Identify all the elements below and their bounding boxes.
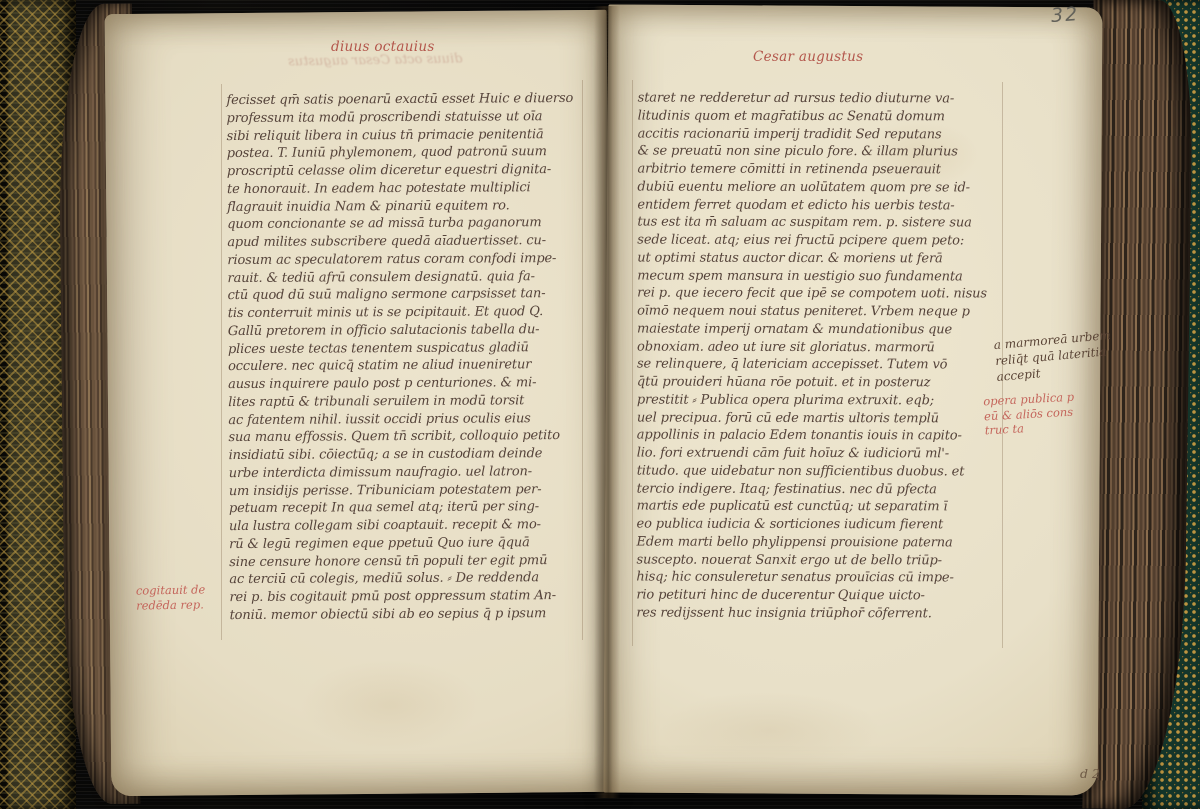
text-line: rei p. que iecero fecit que ipē se compo… (637, 285, 1003, 304)
left-page-rubric: diuus octauius (331, 39, 435, 55)
text-line: occulere. nec quicq̄ statim ne aliud inu… (228, 356, 582, 376)
text-line: rauit. & tediū afrū consulem designatū. … (227, 267, 581, 287)
quire-signature: d 2 (1080, 766, 1100, 781)
right-page-text-block: staret ne redderetur ad rursus tedio diu… (636, 90, 1003, 623)
text-line: ula lustra collegam sibi coaptauit. rece… (229, 516, 583, 536)
text-line: entidem ferret quodam et edicto his uerb… (637, 196, 1003, 215)
folio-number: 32 (1050, 3, 1080, 27)
text-line: urbe interdicta dimissum naufragio. uel … (229, 463, 583, 483)
text-line: riosum ac speculatorem ratus coram confo… (227, 250, 581, 270)
text-line: eo publica iudicia & sorticiones iudicum… (637, 516, 1003, 535)
text-line: prestitit ⸗ Publica opera plurima extrux… (637, 391, 1003, 410)
text-line: quom concionante se ad missā turba pagan… (227, 214, 581, 234)
text-line: ctū quod dū suū maligno sermone carpsiss… (228, 285, 582, 305)
ruling-line-left-page-left (221, 84, 222, 640)
text-line: sede liceat. atq; eius rei fructū pciper… (637, 232, 1003, 251)
manuscript-photo: diuus octa Cesar augustus diuus octauius… (0, 0, 1200, 809)
text-line: proscriptū celasse olim diceretur equest… (227, 161, 581, 181)
text-line: se relinquere, q̄ latericiam accepisset.… (637, 356, 1003, 375)
text-line: ausus inquirere paulo post p centuriones… (228, 374, 582, 394)
text-line: apud milites subscribere quedā aīaduerti… (227, 232, 581, 252)
text-line: litudinis quom et magr̄atibus ac Senatū … (638, 107, 1004, 126)
text-line: rio petituri hinc de ducerentur Quique u… (636, 587, 1002, 606)
book-gutter (594, 6, 620, 798)
text-line: um insidijs perisse. Tribuniciam potesta… (229, 480, 583, 500)
right-margin-note-ink: a marmoreā urbemreliq̄t quā lateritia ac… (993, 327, 1114, 385)
text-line: insidiatū sibi. cōiectūq; a se in custod… (229, 445, 583, 465)
text-line: postea. T. Iuniū phylemonem, quod patron… (227, 143, 581, 163)
text-line: maiestate imperij ornatam & mundationibu… (637, 320, 1003, 339)
text-line: ut optimi status auctor dicar. & moriens… (637, 249, 1003, 268)
ruling-line-right-page-left (632, 80, 633, 646)
text-line: lio. fori extruendi cām fuit hoīuz & iud… (637, 445, 1003, 464)
left-page-text-block: fecisset qm̄ satis poenarū exactū esset … (226, 90, 583, 625)
text-line: titudo. que uidebatur non sufficientibus… (637, 462, 1003, 481)
text-line: res redijssent huc insignia triūphor̄ cō… (636, 604, 1002, 623)
text-line: q̄tū prouideri hūana rōe potuit. et in p… (637, 374, 1003, 393)
left-margin-note-red: cogitauit deredēda rep. (136, 582, 206, 612)
text-line: flagrauit inuidia Nam & pinariū equitem … (227, 196, 581, 216)
text-line: oīmō nequem noui status peniteret. Vrbem… (637, 303, 1003, 322)
text-line: sibi reliquit libera in cuius tn̄ primac… (227, 125, 581, 145)
text-line: martis ede puplicatū est cunctūq; ut sep… (637, 498, 1003, 517)
text-line: cogitauit de (136, 582, 206, 598)
text-line: te honorauit. In eadem hac potestate mul… (227, 179, 581, 199)
text-line: Edem marti bello phylippensi prouisione … (636, 533, 1002, 552)
text-line: sua manu effossis. Quem tn̄ scribit, col… (228, 427, 582, 447)
text-line: fecisset qm̄ satis poenarū exactū esset … (226, 90, 580, 110)
text-line: arbitrio temere cōmitti in retinenda pse… (637, 161, 1003, 180)
text-line: appollinis in palacio Edem tonantis ioui… (637, 427, 1003, 446)
text-line: suscepto. nouerat Sanxit ergo ut de bell… (636, 551, 1002, 570)
text-line: rei p. bis cogitauit pmū post oppressum … (229, 587, 583, 607)
right-page-rubric: Cesar augustus (753, 49, 863, 65)
text-line: tercio indigere. Itaq; festinatius. nec … (637, 480, 1003, 499)
text-line: tis conterruit minis ut is se pcipitauit… (228, 303, 582, 323)
text-line: staret ne redderetur ad rursus tedio diu… (638, 90, 1004, 109)
text-line: rū & legū regimen eque ppetuū Quo iure q… (229, 534, 583, 554)
text-line: accitis racionariū imperij tradidit Sed … (638, 125, 1004, 144)
text-line: petuam recepit In qua semel atq; iterū p… (229, 498, 583, 518)
text-line: sine censure honore censū tn̄ populi ter… (229, 551, 583, 571)
text-line: ac fatentem nihil. iussit occidi prius o… (228, 409, 582, 429)
text-line: tus est ita m̄ saluam ac suspitam rem. p… (637, 214, 1003, 233)
text-line: ac terciū cū colegis, mediū solus. ⸗ De … (229, 569, 583, 589)
text-line: mecum spem mansura in uestigio suo funda… (637, 267, 1003, 286)
text-line: obnoxiam. adeo ut iure sit gloriatus. ma… (637, 338, 1003, 357)
text-line: lites raptū & tribunali seruilem in modū… (228, 392, 582, 412)
text-line: uel precipua. forū cū ede martis ultoris… (637, 409, 1003, 428)
text-line: professum ita modū proscribendi statuiss… (226, 108, 580, 128)
text-line: Gallū pretorem in officio salutacionis t… (228, 321, 582, 341)
text-line: & se preuatū non sine piculo fore. & ill… (638, 143, 1004, 162)
text-line: toniū. memor obiectū sibi ab eo sepius q… (230, 605, 584, 625)
text-line: plices ueste tectas tenentem suspicatus … (228, 338, 582, 358)
text-line: hisq; hic consuleretur senatus prouīcias… (636, 569, 1002, 588)
text-line: redēda rep. (136, 597, 206, 613)
right-margin-note-red: opera publica peū & aliōs construc ta (983, 390, 1076, 438)
text-line: dubiū euentu meliore an uolūtatem quom p… (637, 178, 1003, 197)
